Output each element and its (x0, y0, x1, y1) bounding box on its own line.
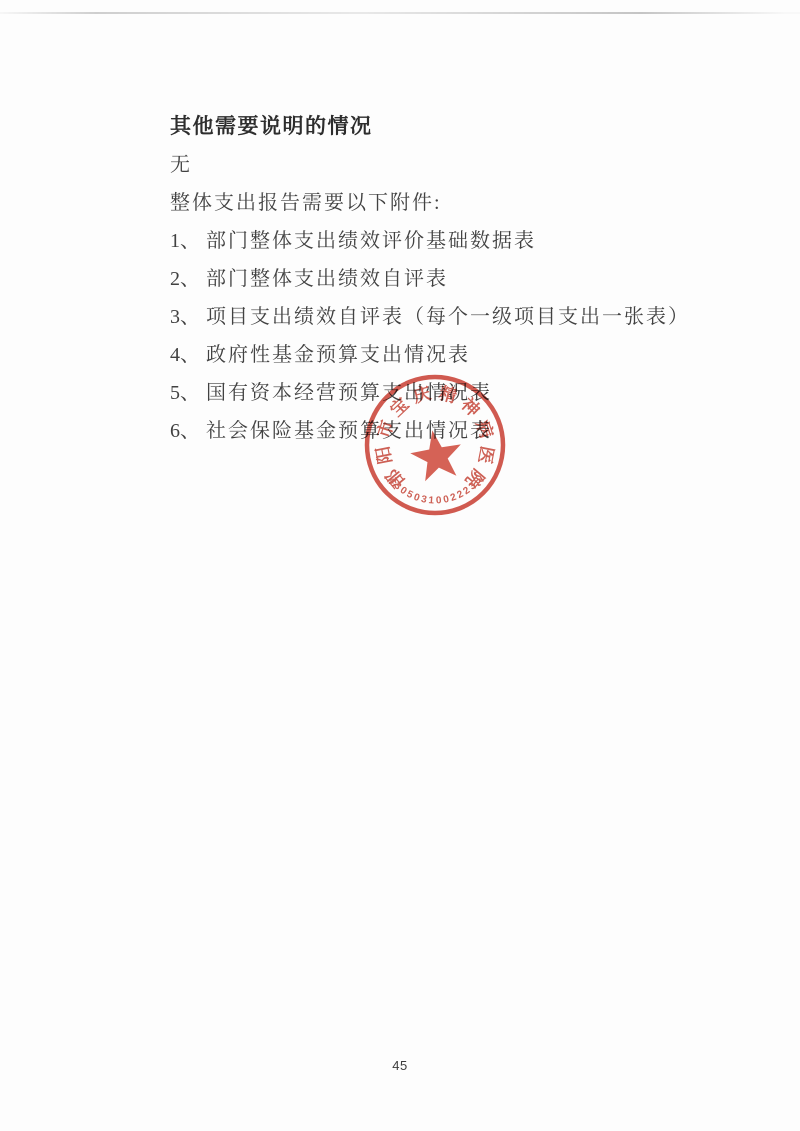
svg-text:精: 精 (437, 383, 459, 407)
attachment-item-2: 2、部门整体支出绩效自评表 (170, 260, 690, 298)
svg-text:阳: 阳 (372, 445, 395, 466)
svg-text:宝: 宝 (386, 394, 413, 421)
scan-artifact-line (0, 12, 800, 14)
attachment-number: 2、 (170, 260, 206, 298)
star-icon (407, 426, 466, 483)
svg-text:1: 1 (428, 495, 435, 506)
attachment-text: 部门整体支出绩效评价基础数据表 (206, 230, 536, 252)
attachment-item-1: 1、部门整体支出绩效评价基础数据表 (170, 222, 690, 260)
attachments-intro: 整体支出报告需要以下附件: (170, 184, 690, 222)
attachment-item-3: 3、项目支出绩效自评表（每个一级项目支出一张表） (170, 298, 690, 336)
document-page: 其他需要说明的情况 无 整体支出报告需要以下附件: 1、部门整体支出绩效评价基础… (0, 0, 800, 1131)
official-seal-stamp-icon: 邵阳市宝庆精神病医院 43050310022230 (325, 335, 545, 555)
attachment-number: 4、 (170, 336, 206, 374)
attachment-number: 6、 (170, 412, 206, 450)
section-heading: 其他需要说明的情况 (170, 108, 690, 146)
svg-text:庆: 庆 (411, 383, 433, 407)
svg-text:神: 神 (457, 394, 484, 421)
svg-text:市: 市 (373, 417, 398, 440)
attachment-text: 部门整体支出绩效自评表 (206, 268, 448, 290)
attachment-number: 1、 (170, 222, 206, 260)
svg-text:0: 0 (436, 495, 443, 506)
svg-text:病: 病 (472, 417, 497, 441)
svg-text:医: 医 (474, 445, 497, 467)
attachment-number: 5、 (170, 374, 206, 412)
attachment-text: 项目支出绩效自评表（每个一级项目支出一张表） (206, 306, 690, 328)
svg-text:3: 3 (420, 494, 428, 506)
attachment-number: 3、 (170, 298, 206, 336)
page-number: 45 (0, 1058, 800, 1073)
none-text: 无 (170, 146, 690, 184)
